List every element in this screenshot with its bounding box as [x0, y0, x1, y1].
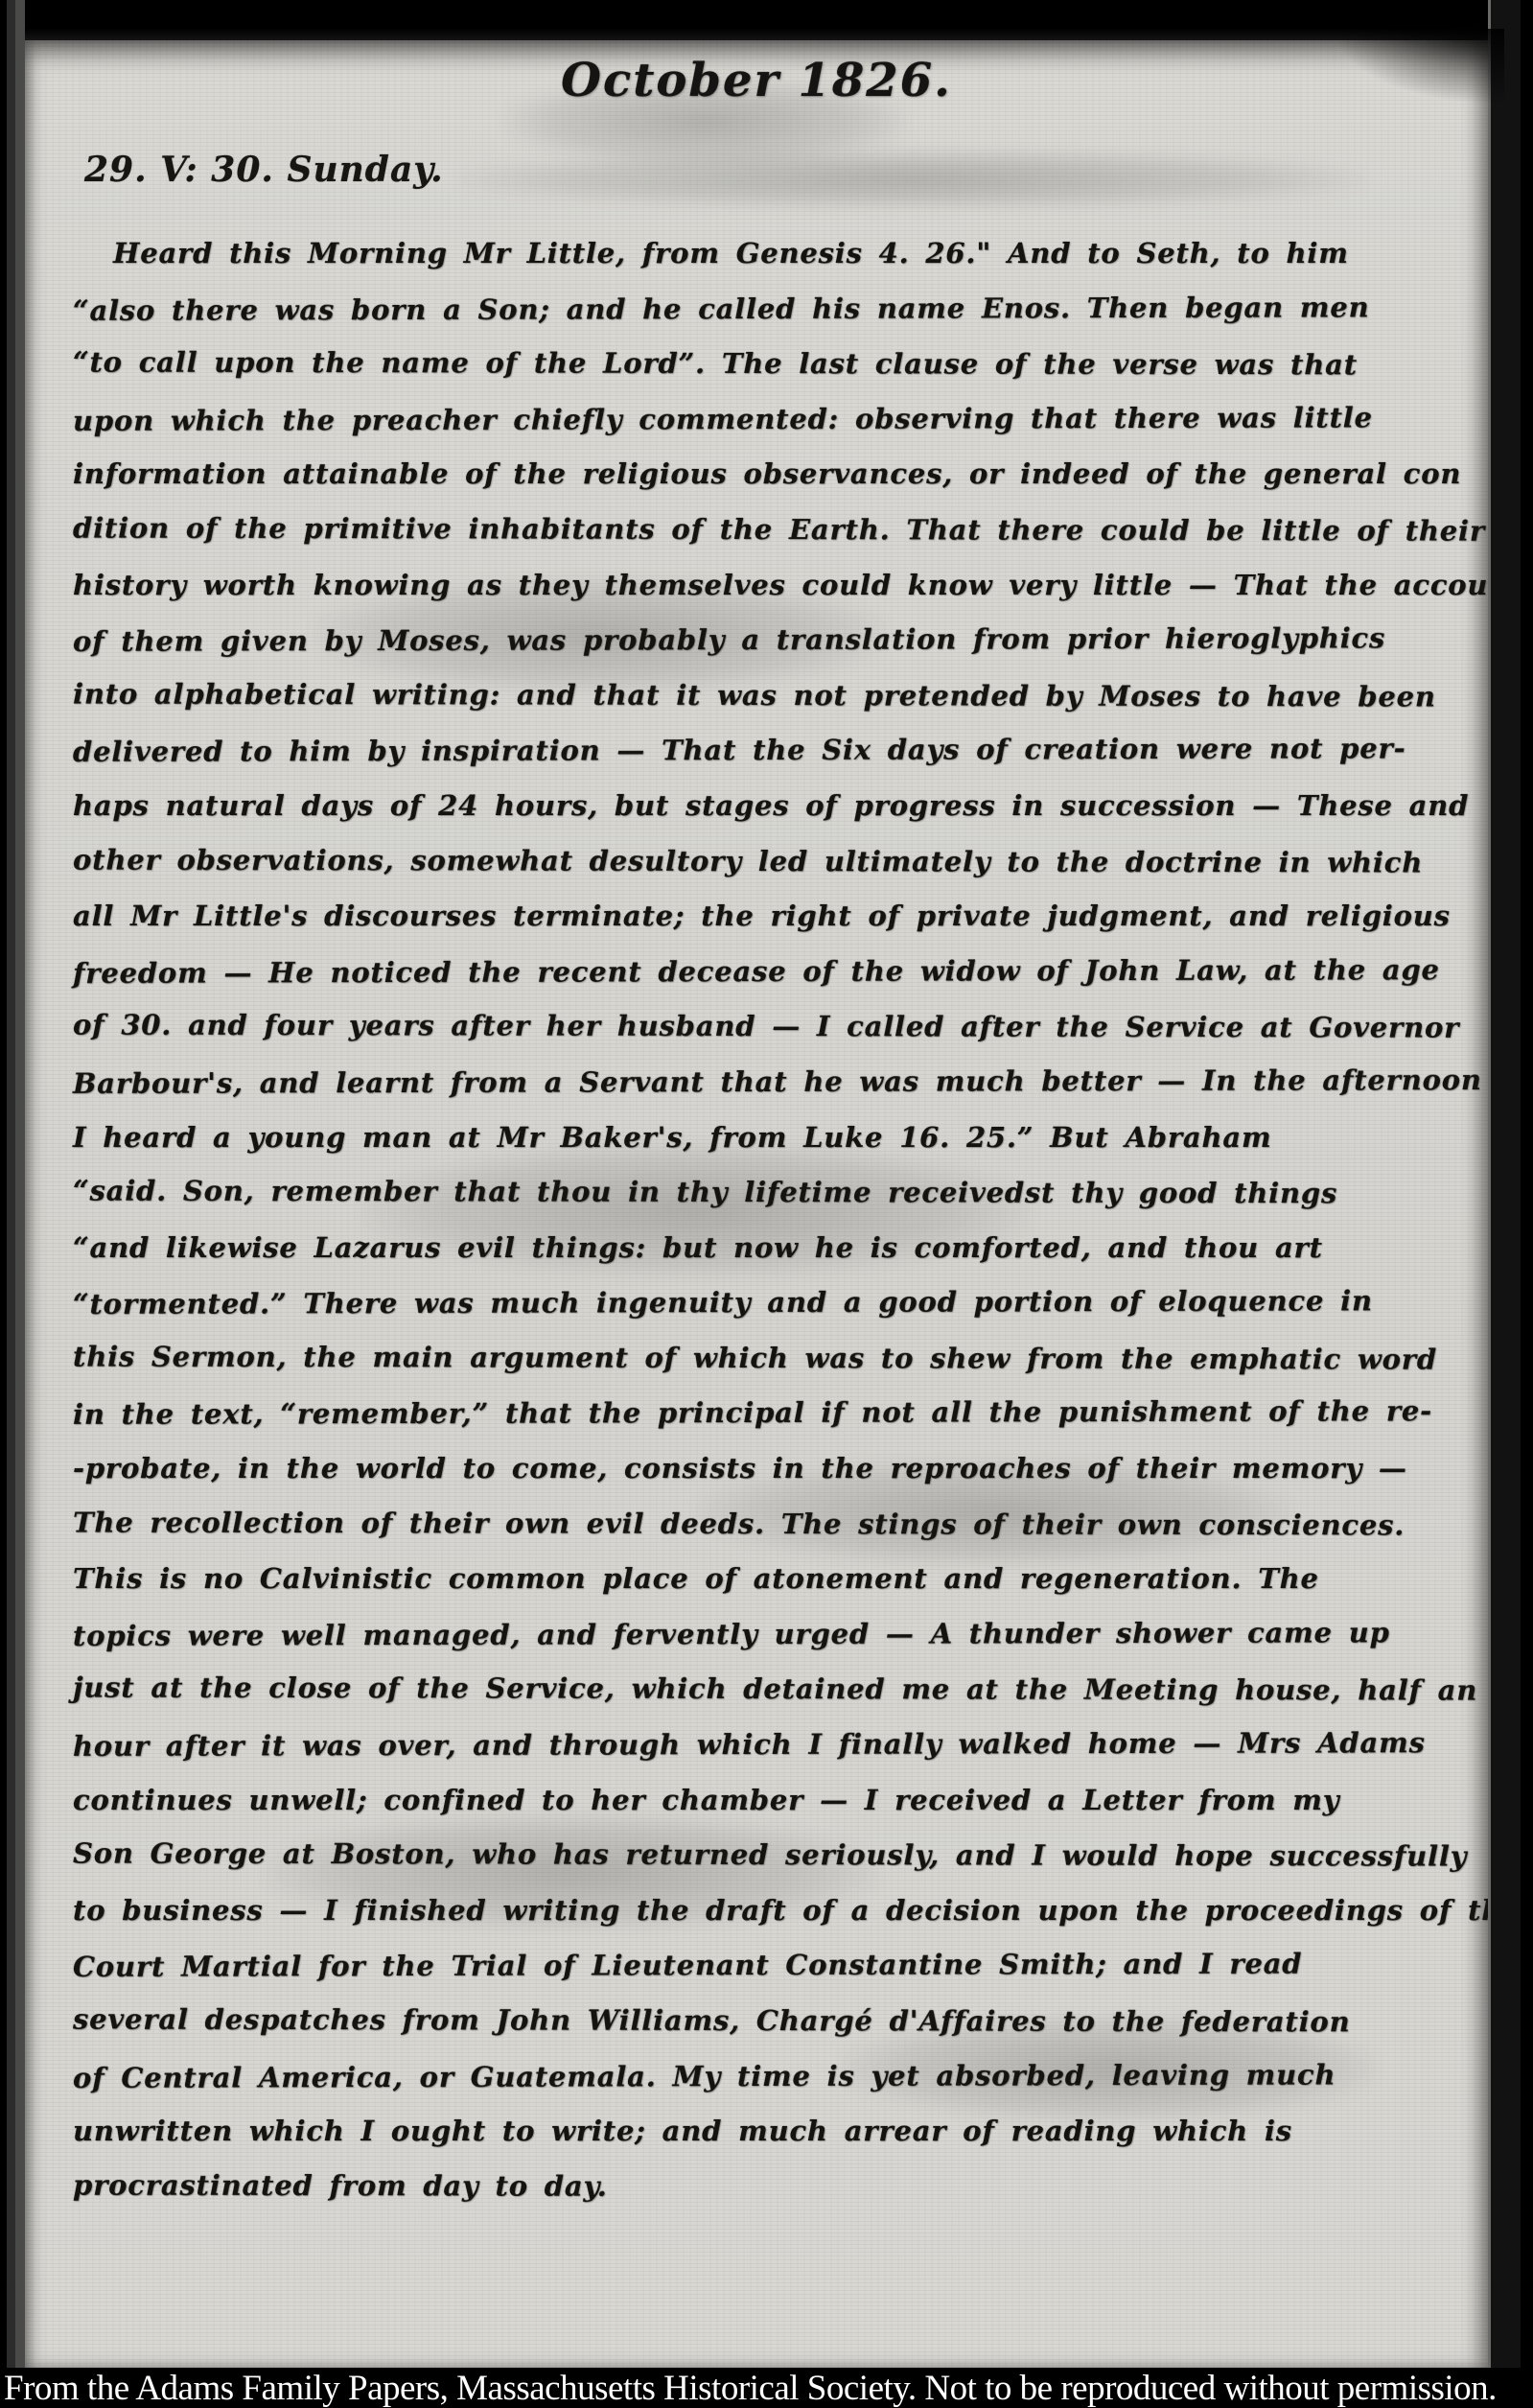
manuscript-line: This is no Calvinistic common place of a…: [73, 1562, 1450, 1618]
diary-entry-text: Heard this Morning Mr Little, from Genes…: [73, 237, 1450, 2225]
manuscript-line: Barbour's, and learnt from a Servant tha…: [73, 1064, 1450, 1122]
manuscript-line: of 30. and four years after her husband …: [73, 1009, 1450, 1067]
book-gutter-edge: [0, 0, 25, 2408]
scan-shadow-corner: [1332, 29, 1504, 105]
manuscript-line: other observations, somewhat desultory l…: [73, 843, 1450, 901]
manuscript-line: Court Martial for the Trial of Lieutenan…: [73, 1948, 1450, 2006]
manuscript-line: “said. Son, remember that thou in thy li…: [73, 1175, 1450, 1233]
manuscript-line: in the text, “remember,” that the princi…: [73, 1395, 1450, 1454]
manuscript-line: all Mr Little's discourses terminate; th…: [73, 900, 1450, 955]
manuscript-line: several despatches from John Williams, C…: [73, 2002, 1450, 2061]
manuscript-line: procrastinated from day to day.: [73, 2168, 1450, 2227]
archive-caption: From the Adams Family Papers, Massachuse…: [0, 2368, 1497, 2408]
entry-date-heading: 29. V: 30. Sunday.: [84, 150, 1488, 190]
manuscript-line: I heard a young man at Mr Baker's, from …: [73, 1121, 1450, 1177]
manuscript-line: this Sermon, the main argument of which …: [73, 1340, 1450, 1398]
manuscript-line: delivered to him by inspiration — That t…: [73, 732, 1450, 790]
manuscript-line: of them given by Moses, was probably a t…: [73, 621, 1450, 680]
manuscript-page: October 1826. 29. V: 30. Sunday. Heard t…: [25, 40, 1488, 2368]
manuscript-line: into alphabetical writing: and that it w…: [73, 677, 1450, 736]
manuscript-line: continues unwell; confined to her chambe…: [73, 1784, 1450, 1839]
manuscript-line: haps natural days of 24 hours, but stage…: [73, 789, 1450, 845]
manuscript-line: “also there was born a Son; and he calle…: [73, 291, 1450, 349]
manuscript-line: unwritten which I ought to write; and mu…: [73, 2115, 1450, 2170]
page-title: October 1826.: [25, 54, 1488, 107]
manuscript-line: of Central America, or Guatemala. My tim…: [73, 2058, 1450, 2116]
manuscript-line: The recollection of their own evil deeds…: [73, 1506, 1450, 1564]
manuscript-line: -probate, in the world to come, consists…: [73, 1452, 1450, 1508]
manuscript-line: Heard this Morning Mr Little, from Genes…: [73, 237, 1450, 292]
manuscript-line: information attainable of the religious …: [73, 457, 1450, 513]
book-page-edges: [1488, 0, 1533, 2408]
manuscript-line: “and likewise Lazarus evil things: but n…: [73, 1231, 1450, 1287]
manuscript-line: hour after it was over, and through whic…: [73, 1726, 1450, 1785]
manuscript-line: history worth knowing as they themselves…: [73, 569, 1450, 624]
manuscript-line: topics were well managed, and fervently …: [73, 1616, 1450, 1674]
manuscript-line: to business — I finished writing the dra…: [73, 1894, 1450, 1950]
manuscript-line: upon which the preacher chiefly commente…: [73, 401, 1450, 459]
manuscript-line: “tormented.” There was much ingenuity an…: [73, 1284, 1450, 1343]
manuscript-scan: October 1826. 29. V: 30. Sunday. Heard t…: [0, 0, 1533, 2408]
manuscript-line: “to call upon the name of the Lord”. The…: [73, 346, 1450, 405]
caption-bar: From the Adams Family Papers, Massachuse…: [0, 2368, 1533, 2408]
manuscript-line: dition of the primitive inhabitants of t…: [73, 511, 1450, 570]
manuscript-line: just at the close of the Service, which …: [73, 1672, 1450, 1730]
manuscript-line: Son George at Boston, who has returned s…: [73, 1837, 1450, 1896]
manuscript-line: freedom — He noticed the recent decease …: [73, 953, 1450, 1012]
scan-frame-top: [0, 0, 1533, 40]
